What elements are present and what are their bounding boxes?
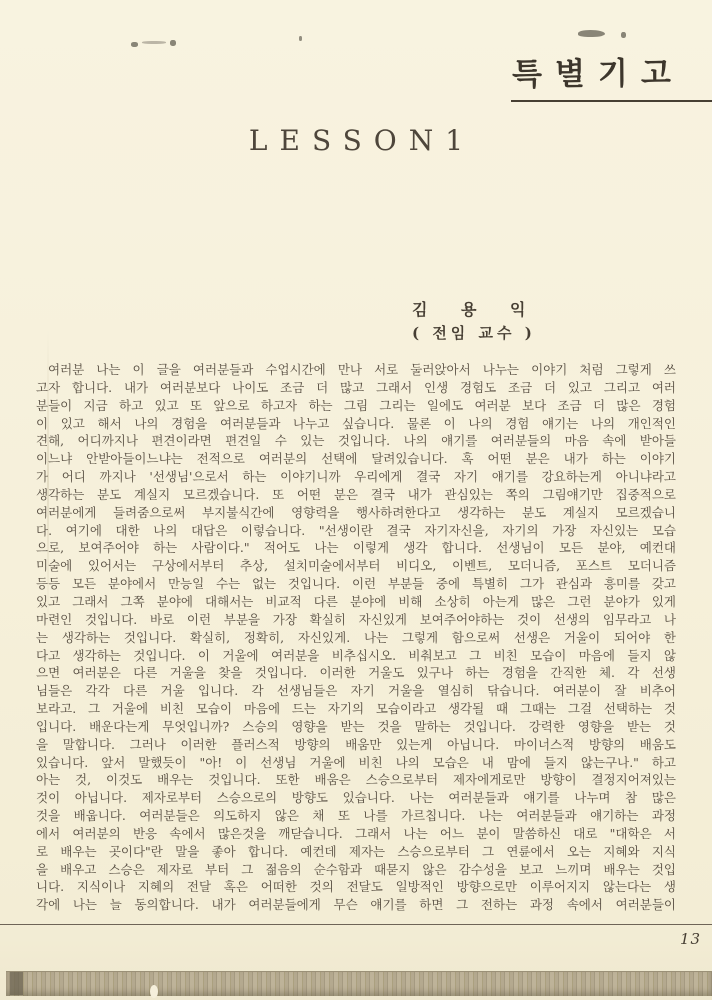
special-contribution-stamp: 특별기고	[512, 47, 712, 94]
footer-rule	[0, 924, 712, 925]
body-line: 이 있고 해서 나의 경험을 여러분들과 나누고 싶습니다. 물론 이 나의 경…	[36, 415, 676, 433]
body-line: 보라고. 그 거울에 비친 모습이 마음에 드는 자기의 모습이라고 생각될 때…	[36, 700, 676, 718]
body-line: 각에 나는 늘 동의합니다. 내가 여러분들에게 무슨 얘기를 하면 그 전하는…	[36, 896, 676, 914]
body-line: 있고 그래서 그쪽 분야에 대해서는 비교적 다른 분야에 비해 소상히 아는게…	[36, 593, 676, 611]
ink-smudge-icon	[170, 40, 176, 46]
body-line: 에서 여러분의 반응 속에서 많은것을 깨닫습니다. 그래서 나는 어느 분이 …	[36, 825, 676, 843]
body-line: 을 말합니다. 그러나 이러한 플러스적 방향의 배움만 있는게 아닙니다. 마…	[36, 736, 676, 754]
body-line: 생각하는 분도 계실지 모르겠습니다. 또 어떤 분은 결국 내가 관심있는 쪽…	[36, 486, 676, 504]
author-name: 김 용 익	[412, 297, 540, 320]
ink-smudge-icon	[142, 41, 166, 44]
ink-smudge-icon	[621, 32, 626, 38]
body-line: 는 생각하는 것입니다. 확실히, 정확히, 자신있게. 나는 그렇게 함으로써…	[36, 629, 676, 647]
body-line: 분들이 지금 하고 있고 또 앞으로 하고자 하는 그림 그리는 일에도 여러분…	[36, 397, 676, 415]
body-line: 아는 것, 이것도 배우는 것입니다. 또한 배움은 스승으로부터 제자에게로만…	[36, 771, 676, 789]
body-line: 여러분 나는 이 글을 여러분들과 수업시간에 만나 서로 둘러앉아서 나누는 …	[36, 361, 676, 379]
body-line: 것이 아닙니다. 제자로부터 스승으로의 방향도 있습니다. 나는 여러분들과 …	[36, 789, 676, 807]
body-line: 으면 여러분은 다른 거울을 찾을 것입니다. 이러한 거울도 있구나 하는 경…	[36, 664, 676, 682]
ink-smudge-icon	[131, 42, 138, 47]
author-block: 김 용 익 ( 전임 교수 )	[412, 297, 540, 343]
body-line: 것을 배웁니다. 여러분들은 의도하지 않은 채 또 나를 가르칩니다. 나는 …	[36, 807, 676, 825]
body-line: 으로, 보여주어야 하는 사람이다." 적어도 나는 이렇게 생각 합니다. 선…	[36, 539, 676, 557]
body-line: 다. 여기에 대한 나의 대답은 이렇습니다. "선생이란 결국 자기자신을, …	[36, 522, 676, 540]
body-line: 을 배우고 스승은 제자로 부터 그 젊음의 순수함과 때묻지 않은 감수성을 …	[36, 861, 676, 879]
ink-smudge-icon	[299, 36, 302, 41]
stamp-underline	[511, 100, 712, 102]
body-line: 니다. 지식이나 지혜의 전달 혹은 어떠한 것의 전달도 일방적인 방향으로만…	[36, 878, 676, 896]
body-line: 이느냐 안받아들이느냐는 전적으로 여러분의 선택에 달려있습니다. 혹 어떤 …	[36, 450, 676, 468]
body-line: 가 어디 까지나 '선생님'으로서 하는 이야기니까 우리에게 결국 자기 얘기…	[36, 468, 676, 486]
body-line: 로 배우는 곳이다"란 말을 좋아 합니다. 예컨데 제자는 스승으로부터 그 …	[36, 843, 676, 861]
body-line: 다고 생각하는 것입니다. 이 거울에 여러분을 비추십시오. 비춰보고 그 비…	[36, 647, 676, 665]
binding-strip	[6, 971, 712, 996]
scanned-page: 특별기고 LESSON1 김 용 익 ( 전임 교수 ) 여러분 나는 이 글을…	[0, 0, 712, 1000]
body-line: 미술에 있어서는 구상에서부터 추상, 설치미술에서부터 비디오, 이벤트, 모…	[36, 557, 676, 575]
body-line: 님들은 각각 다른 거울 입니다. 각 선생님들은 자기 거울을 열심히 닦습니…	[36, 682, 676, 700]
body-line: 고자 합니다. 내가 여러분보다 나이도 조금 더 많고 그래서 인생 경험도 …	[36, 379, 676, 397]
ink-smudge-icon	[578, 30, 605, 37]
binding-strip-shadow	[10, 972, 23, 995]
body-text: 여러분 나는 이 글을 여러분들과 수업시간에 만나 서로 둘러앉아서 나누는 …	[36, 361, 676, 914]
body-line: 여러분에게 들려줌으로써 부지불식간에 영향력을 행사하려한다고 생각하는 분도…	[36, 504, 676, 522]
page-title: LESSON1	[0, 124, 712, 157]
page-number: 13	[680, 930, 701, 948]
body-line: 등등 모든 분야에서 만능일 수는 없는 것입니다. 이런 부분들 중에 특별히…	[36, 575, 676, 593]
body-line: 견해, 어디까지나 편견이라면 편견일 수 있는 것입니다. 나의 얘기를 여러…	[36, 432, 676, 450]
body-line: 있습니다. 앞서 말했듯이 "아! 이 선생님 거울에 비친 나의 모습은 내 …	[36, 754, 676, 772]
body-line: 마련인 것입니다. 바로 이런 부분을 가장 확실히 자신있게 보여주어야하는 …	[36, 611, 676, 629]
body-line: 입니다. 배운다는게 무엇입니까? 스승의 영향을 받는 것을 말하는 것입니다…	[36, 718, 676, 736]
author-affiliation: ( 전임 교수 )	[412, 322, 540, 343]
binding-strip-speck	[150, 985, 158, 998]
